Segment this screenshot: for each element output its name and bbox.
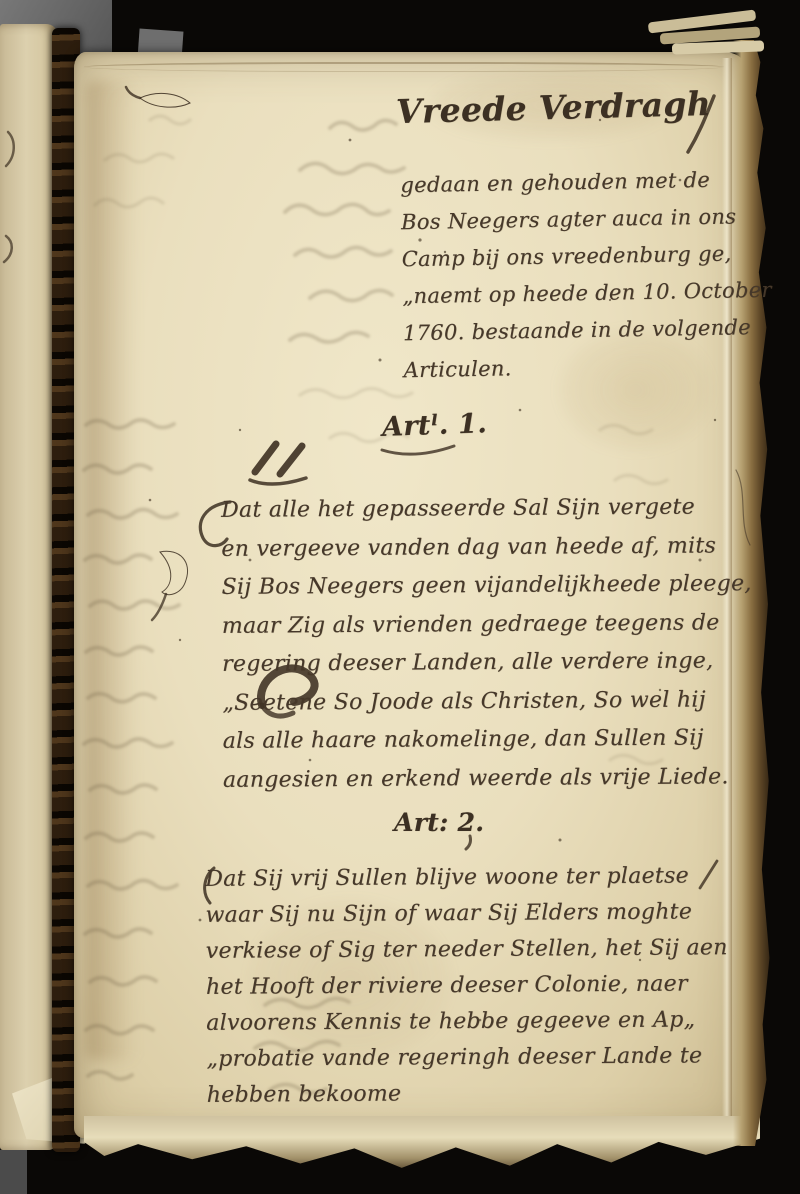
page-title: Vreede Verdragh (396, 84, 712, 131)
manuscript-line: „naemt op heede den 10. October (402, 272, 772, 315)
article-line: als alle haare nakomelinge, dan Sullen S… (223, 719, 753, 761)
article-line: aangesien en erkend weerde als vrije Lie… (223, 758, 753, 800)
article-line: alvoorens Kennis te hebbe gegeeve en Ap„ (206, 1002, 728, 1042)
article-line: „Seetene So Joode als Christen, So wel h… (222, 681, 752, 723)
article-line: Dat Sij vrij Sullen blijve woone ter pla… (205, 858, 727, 898)
manuscript-line: Bos Neegers agter auca in ons (401, 198, 771, 241)
article-line: hebben bekoome (207, 1074, 729, 1114)
article-2-heading: Art: 2. (394, 808, 484, 837)
article-1-body: Dat alle het gepasseerde Sal Sijn verget… (221, 488, 753, 800)
article-line: regering deeser Landen, alle verdere ing… (222, 642, 752, 684)
article-line: waar Sij nu Sijn of waar Sij Elders mogh… (205, 894, 727, 934)
article-line: verkiese of Sig ter needer Stellen, het … (206, 930, 728, 970)
left-page-ink-curl (4, 132, 14, 262)
intro-paragraph: gedaan en gehouden met de Bos Neegers ag… (400, 161, 773, 389)
manuscript-photo: { "document": { "title": "Vreede Verdrag… (0, 0, 800, 1194)
manuscript-line: Articulen. (403, 346, 773, 389)
article-line: Dat alle het gepasseerde Sal Sijn verget… (221, 488, 751, 530)
article-1-heading: Artˡ. 1. (381, 408, 487, 443)
ink-blot (250, 444, 306, 484)
article-line: en vergeeve vanden dag van heede af, mit… (221, 527, 751, 569)
article-2-body: Dat Sij vrij Sullen blijve woone ter pla… (205, 858, 729, 1114)
article-line: „probatie vande regeringh deeser Lande t… (206, 1038, 728, 1078)
article-line: Sij Bos Neegers geen vijandelijkheede pl… (221, 565, 751, 607)
manuscript-line: gedaan en gehouden met de (400, 161, 770, 204)
heading-underline-flourish (382, 446, 454, 454)
ink-blot (126, 87, 190, 107)
article-line: het Hooft der riviere deeser Colonie, na… (206, 966, 728, 1006)
manuscript-line: 1760. bestaande in de volgende (403, 309, 773, 352)
article-line: maar Zig als vrienden gedraege teegens d… (222, 604, 752, 646)
ink-blot (152, 551, 188, 620)
manuscript-line: Camp bij ons vreedenburg ge, (401, 235, 771, 278)
